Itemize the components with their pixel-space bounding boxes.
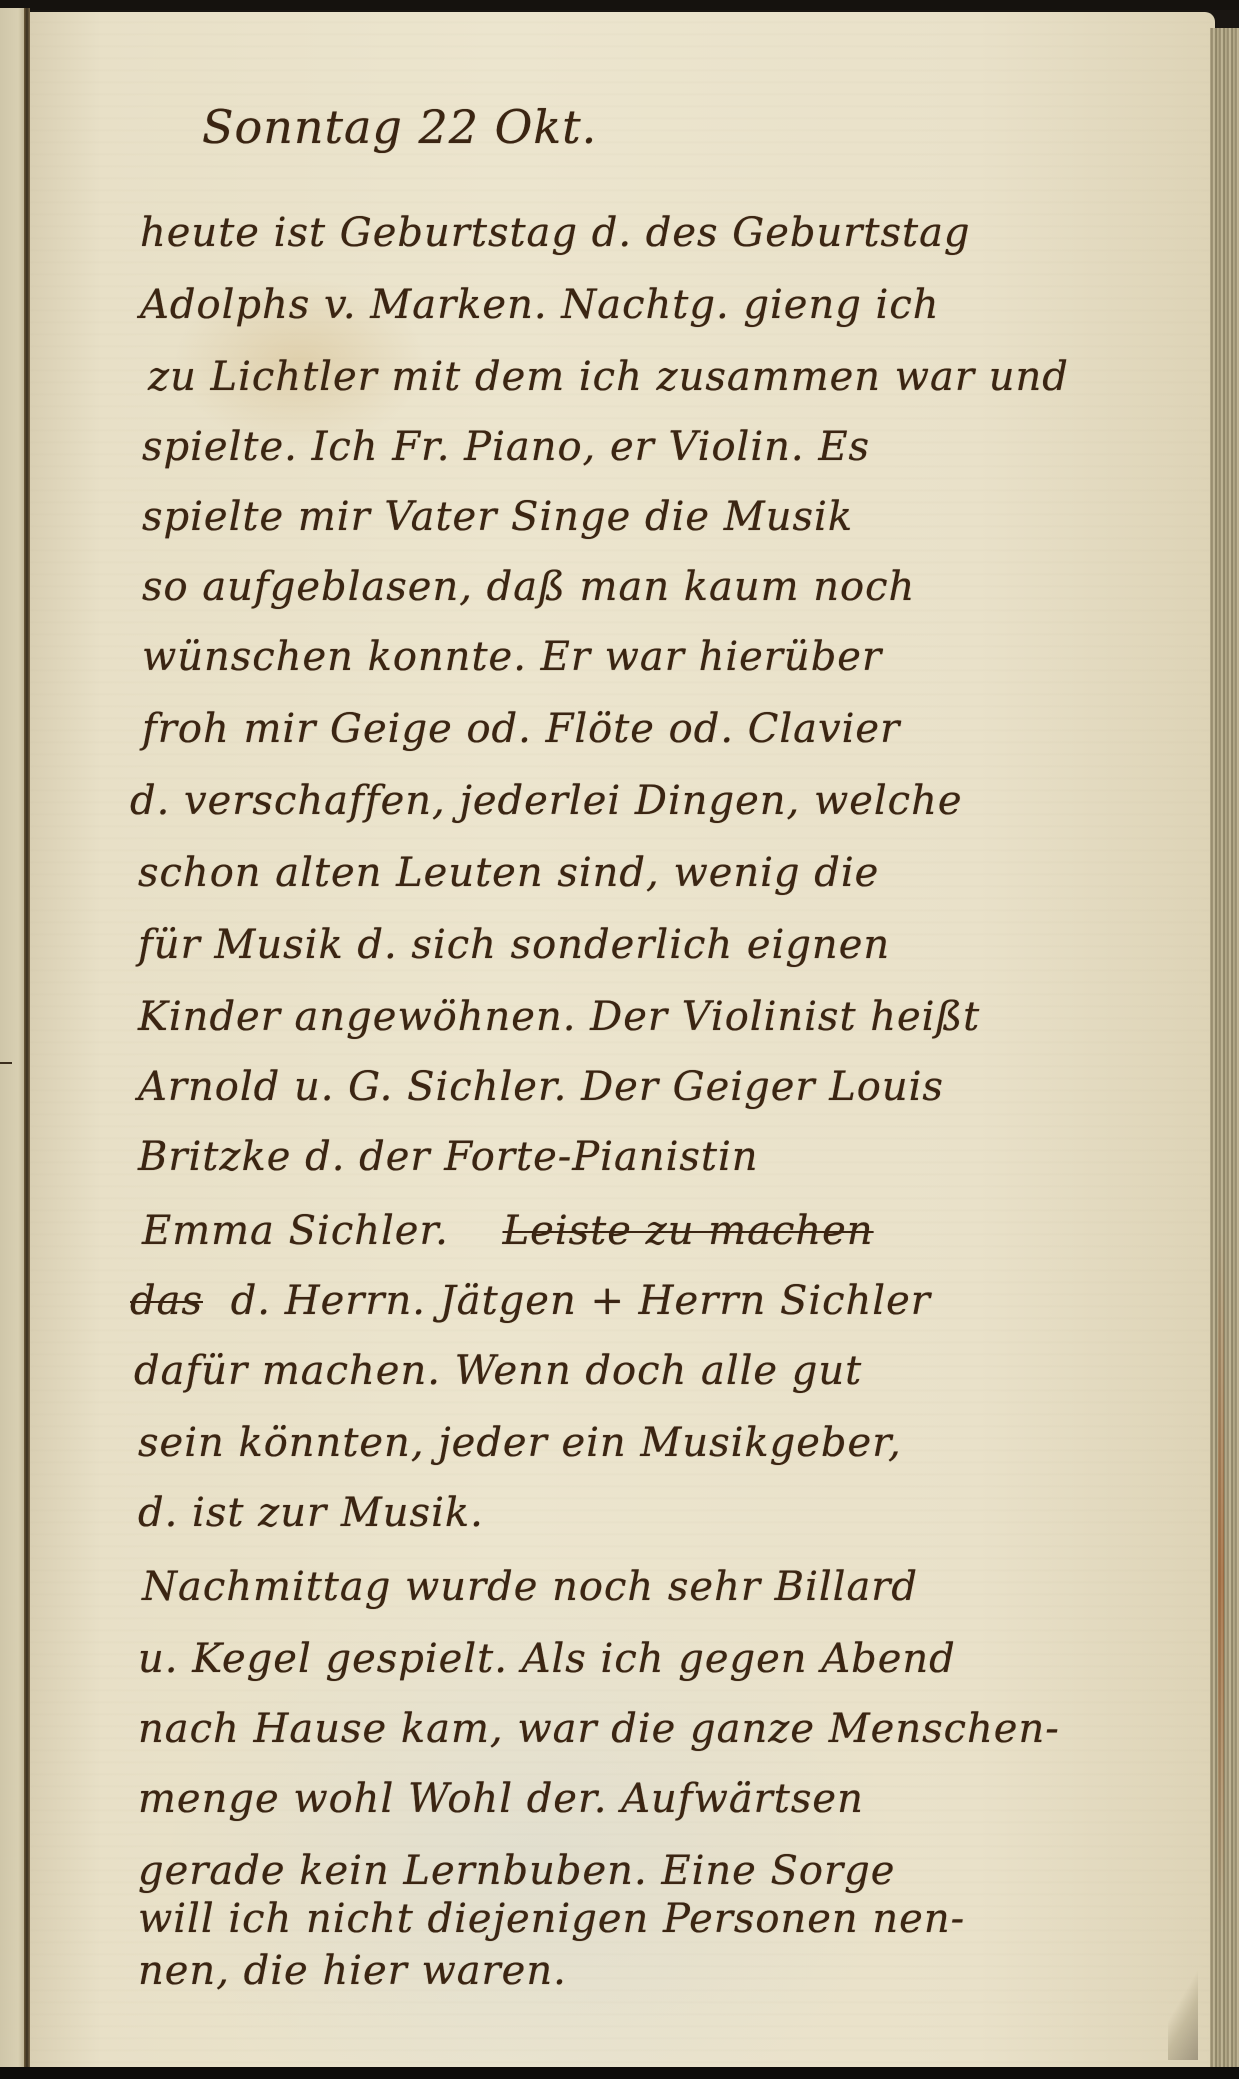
text-line: das d. Herrn. Jätgen + Herrn Sichler	[130, 1278, 931, 1324]
facing-page-edge	[0, 8, 26, 2070]
struck-text: das	[130, 1278, 203, 1324]
text-line: dafür machen. Wenn doch alle gut	[134, 1348, 862, 1394]
text-line: wünschen konnte. Er war hierüber	[142, 634, 882, 680]
text-line: sein könnten, jeder ein Musikgeber,	[138, 1420, 902, 1466]
manuscript-page: Sonntag 22 Okt. heute ist Geburtstag d. …	[30, 12, 1215, 2068]
text-line: heute ist Geburtstag d. des Geburtstag	[140, 210, 971, 256]
text-line: zu Lichtler mit dem ich zusammen war und	[148, 354, 1069, 400]
text-line: schon alten Leuten sind, wenig die	[138, 850, 879, 896]
text-line: Emma Sichler. Leiste zu machen	[142, 1208, 874, 1254]
text-line: Nachmittag wurde noch sehr Billard	[142, 1564, 918, 1610]
text-line: will ich nicht diejenigen Personen nen-	[138, 1896, 965, 1942]
edge-stain	[1218, 1228, 1224, 1928]
text-line: d. verschaffen, jederlei Dingen, welche	[130, 778, 963, 824]
text-line: spielte. Ich Fr. Piano, er Violin. Es	[142, 424, 870, 470]
text-line: Kinder angewöhnen. Der Violinist heißt	[138, 994, 980, 1040]
text-line: d. ist zur Musik.	[138, 1490, 484, 1536]
margin-mark	[0, 1062, 12, 1064]
text-line: spielte mir Vater Singe die Musik	[142, 494, 853, 540]
text-line: froh mir Geige od. Flöte od. Clavier	[142, 706, 900, 752]
text-line: u. Kegel gespielt. Als ich gegen Abend	[138, 1636, 956, 1682]
text-line: nach Hause kam, war die ganze Menschen-	[138, 1706, 1060, 1752]
text-line: nen, die hier waren.	[138, 1948, 567, 1994]
text-line: Adolphs v. Marken. Nachtg. gieng ich	[140, 282, 940, 328]
text-line: gerade kein Lernbuben. Eine Sorge	[138, 1848, 895, 1894]
text-segment: Emma Sichler.	[142, 1208, 449, 1254]
text-line: so aufgeblasen, daß man kaum noch	[142, 564, 915, 610]
entry-date-heading: Sonntag 22 Okt.	[202, 100, 597, 154]
struck-text: Leiste zu machen	[503, 1208, 874, 1254]
text-line: Arnold u. G. Sichler. Der Geiger Louis	[138, 1064, 944, 1110]
text-segment: d. Herrn. Jätgen + Herrn Sichler	[231, 1278, 931, 1324]
text-line: menge wohl Wohl der. Aufwärtsen	[138, 1776, 864, 1822]
text-line: Britzke d. der Forte-Pianistin	[138, 1134, 759, 1180]
text-line: für Musik d. sich sonderlich eignen	[138, 922, 890, 968]
page-block-edge	[1210, 28, 1239, 2068]
scan-top-edge	[0, 0, 1239, 10]
page-corner-curl	[1168, 1960, 1198, 2060]
scan-bottom-edge	[0, 2067, 1239, 2079]
